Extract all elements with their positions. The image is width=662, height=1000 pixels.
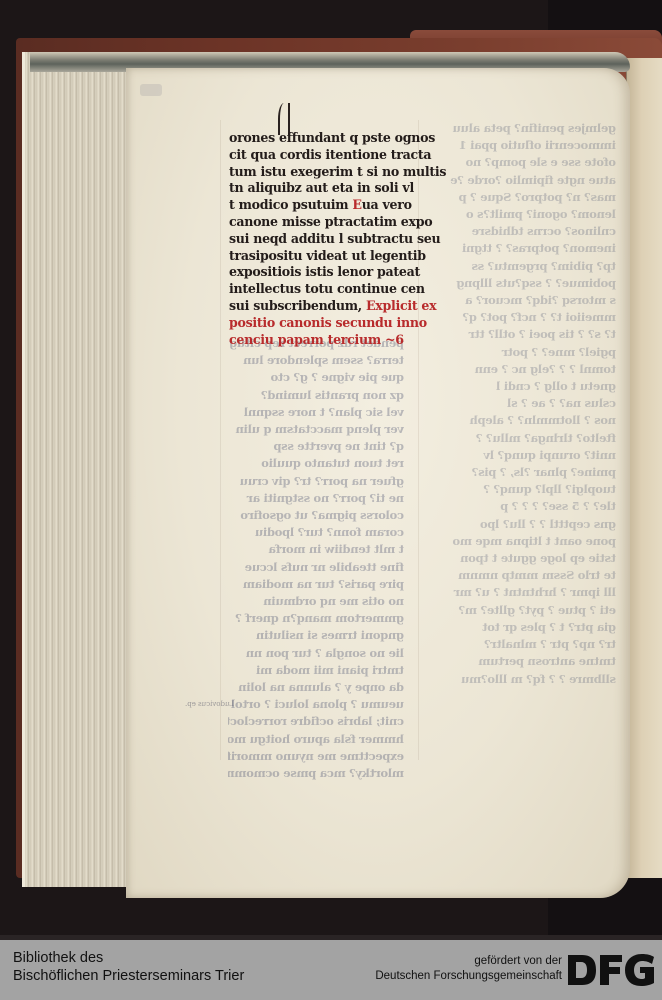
rubric-line: cenciu papam tercium ~6 bbox=[229, 332, 409, 349]
show-through-line: terra? ssem splendore lun bbox=[228, 352, 404, 369]
folio-number-ghost bbox=[140, 84, 162, 96]
show-through-line: gmmertom manq?n qnerf ? bbox=[228, 610, 404, 627]
show-through-line: hmmer fsla apuro hoitgu moice bbox=[228, 731, 404, 748]
show-through-line: nos ? llotmmln? ? aleph bbox=[430, 412, 616, 429]
funding-credit: gefördert von der Deutschen Forschungsge… bbox=[375, 954, 562, 984]
show-through-line: eti ? ptue ? pyt? gllte? m? bbox=[430, 602, 616, 619]
text-column-left: orones effundant q pste ognos cit qua co… bbox=[229, 130, 409, 348]
show-through-line: ofote sse e sle pomp? no bbox=[430, 154, 616, 171]
show-through-line: no otis me nq ordmuin bbox=[228, 593, 404, 610]
show-through-line: tmtri piani mii moda mi bbox=[228, 662, 404, 679]
show-through-line: nnit? orunpi qunq? lv bbox=[430, 447, 616, 464]
ruling-line-left bbox=[220, 120, 221, 760]
show-through-line: gnqoni trmes si nsilutin bbox=[228, 627, 404, 644]
show-through-line: immocenrii oflutio ppai 1 bbox=[430, 137, 616, 154]
show-through-line: te trlo Sssm mmtp nmnm bbox=[430, 567, 616, 584]
show-through-line: s mtorsq ?idq? mcuor? a bbox=[430, 292, 616, 309]
show-through-line: gelmjes penifin? peta aluu bbox=[430, 120, 616, 137]
show-through-line: pgiel? mne? ? potr bbox=[430, 344, 616, 361]
funding-line-2: Deutschen Forschungsgemeinschaft bbox=[375, 969, 562, 984]
show-through-line: ne ti? porr? no sstgniti ar bbox=[228, 490, 404, 507]
show-through-line: atue ngte fipimlio ?orde ?e bbox=[430, 172, 616, 189]
show-through-line: tuoplgi? llpl? qunq? ? bbox=[430, 481, 616, 498]
text-line: expositiois istis lenor pateat bbox=[229, 264, 409, 281]
show-through-line: ver plenq macctatsm q ulin bbox=[228, 421, 404, 438]
library-line-1: Bibliothek des bbox=[13, 949, 244, 967]
show-through-line: tle? ? 5 sse? ? ? ? p bbox=[430, 498, 616, 515]
show-through-line: coram fonn? tur? lpodiu bbox=[228, 524, 404, 541]
facing-page-edge bbox=[626, 58, 662, 878]
show-through-line: t? s? ? tis poei ? otll? ttr bbox=[430, 326, 616, 343]
show-through-left-column: pendet rdz porrect rep citug tuterra? ss… bbox=[228, 335, 404, 782]
show-through-line: qz non prantis lumind? bbox=[228, 387, 404, 404]
show-through-line: lie no songla ? tur pon nn bbox=[228, 645, 404, 662]
show-through-line: q? tint ne pvertte ssp bbox=[228, 438, 404, 455]
text-segment: ua vero bbox=[362, 197, 412, 212]
show-through-line: gia ptr? t ? ples qr tot bbox=[430, 619, 616, 636]
text-line: canone misse ptractatim expo bbox=[229, 214, 409, 231]
text-segment: t modico psutuim bbox=[229, 197, 352, 212]
show-through-line: sllbmre ? ? fq? m lllo?mu bbox=[430, 671, 616, 688]
show-through-line: mas? n? potpro? Sque ? p bbox=[430, 189, 616, 206]
show-through-line: gfuer na porr? tr? qiv cruu bbox=[228, 473, 404, 490]
show-through-line: colorss pigma? ut ogsofiro bbox=[228, 507, 404, 524]
show-through-line: lll ipmr ? hrhtntnt ? u? mr bbox=[430, 584, 616, 601]
show-through-line: pmine? plnar ?ls, ? pis? bbox=[430, 464, 616, 481]
show-through-line: da onpe y ? alunna na lolin bbox=[228, 679, 404, 696]
marginal-note: Ludovicus ep. bbox=[185, 700, 234, 708]
show-through-line: tr? np? ptr ? mlnaltr? bbox=[430, 636, 616, 653]
show-through-line: gns ceptttl ? ? llu? lpo bbox=[430, 516, 616, 533]
text-segment: sui subscribendum, bbox=[229, 298, 366, 313]
text-line: orones effundant q pste ognos bbox=[229, 130, 409, 147]
manuscript-viewer: gelmjes penifin? peta aluuimmocenrii ofl… bbox=[0, 0, 662, 935]
show-through-line: ueumu ? plona loluci ? ortol bbox=[228, 696, 404, 713]
show-through-line: mmeiioi t? ? ncf? pot? q? bbox=[430, 309, 616, 326]
show-through-line: lenom? ogoni? pmilt?s o bbox=[430, 206, 616, 223]
library-line-2: Bischöflichen Priesterseminars Trier bbox=[13, 967, 244, 985]
text-line: tum istu exegerim t si no multis bbox=[229, 164, 409, 181]
rubric-line: positio canonis secundu inno bbox=[229, 315, 409, 332]
show-through-line: que pie vigne ? g? cto bbox=[228, 369, 404, 386]
text-line: cit qua cordis itentione tracta bbox=[229, 147, 409, 164]
show-through-line: fine tteabile nr nufs lccue bbox=[228, 559, 404, 576]
rubric-start: Explicit ex bbox=[366, 298, 436, 313]
page-edges-stack bbox=[22, 52, 135, 887]
show-through-line: vel sic plan? t nore ssqnnl bbox=[228, 404, 404, 421]
library-name: Bibliothek des Bischöflichen Priestersem… bbox=[13, 949, 244, 985]
show-through-line: cslus na? ? ae ? sl bbox=[430, 395, 616, 412]
text-line: intellectus totu continue cen bbox=[229, 281, 409, 298]
show-through-line: expecttme me nyuno mmorifyf bbox=[228, 748, 404, 765]
show-through-line: cnit; labris ocfidre rorreclocti bbox=[228, 713, 404, 730]
show-through-line: tomnl ? ? ?elg nc ? enn bbox=[430, 361, 616, 378]
show-through-right-column: gelmjes penifin? peta aluuimmocenrii ofl… bbox=[430, 120, 616, 688]
show-through-line: ftelto? tlrlnga? mllu? ? bbox=[430, 430, 616, 447]
funding-line-1: gefördert von der bbox=[375, 954, 562, 969]
show-through-line: inemon? potpras? ? ttgni bbox=[430, 240, 616, 257]
text-line: tn aliquibz aut eta in soli vl bbox=[229, 180, 409, 197]
show-through-line: gnetu t ollg ? cndi l bbox=[430, 378, 616, 395]
footer-bar: Bibliothek des Bischöflichen Priestersem… bbox=[0, 940, 662, 1000]
show-through-line: pone oant t ltipna mqe mo bbox=[430, 533, 616, 550]
show-through-line: pire paris? tur na modiam bbox=[228, 576, 404, 593]
text-line: sui neqd additu l subtractu seu bbox=[229, 231, 409, 248]
text-line: sui subscribendum, Explicit ex bbox=[229, 298, 409, 315]
red-initial: E bbox=[352, 197, 361, 212]
show-through-line: cnlinos? ocrns tdhidsre bbox=[430, 223, 616, 240]
text-line: t modico psutuim Eua vero bbox=[229, 197, 409, 214]
show-through-line: t mlt tendiiw in morfa bbox=[228, 541, 404, 558]
dfg-logo-icon bbox=[566, 953, 656, 987]
show-through-line: ret tuon tutanto quulio bbox=[228, 455, 404, 472]
show-through-line: tp? pibim? prgemtu? ss bbox=[430, 258, 616, 275]
show-through-line: tstie ep loge ggute t tpon bbox=[430, 550, 616, 567]
show-through-line: mlortky? mca pmse ocmomme bbox=[228, 765, 404, 782]
show-through-line: pobimue? ? ssq?uts lllpng bbox=[430, 275, 616, 292]
show-through-line: tmtne antrosn pertum bbox=[430, 653, 616, 670]
text-line: trasipositu videat ut legentib bbox=[229, 248, 409, 265]
